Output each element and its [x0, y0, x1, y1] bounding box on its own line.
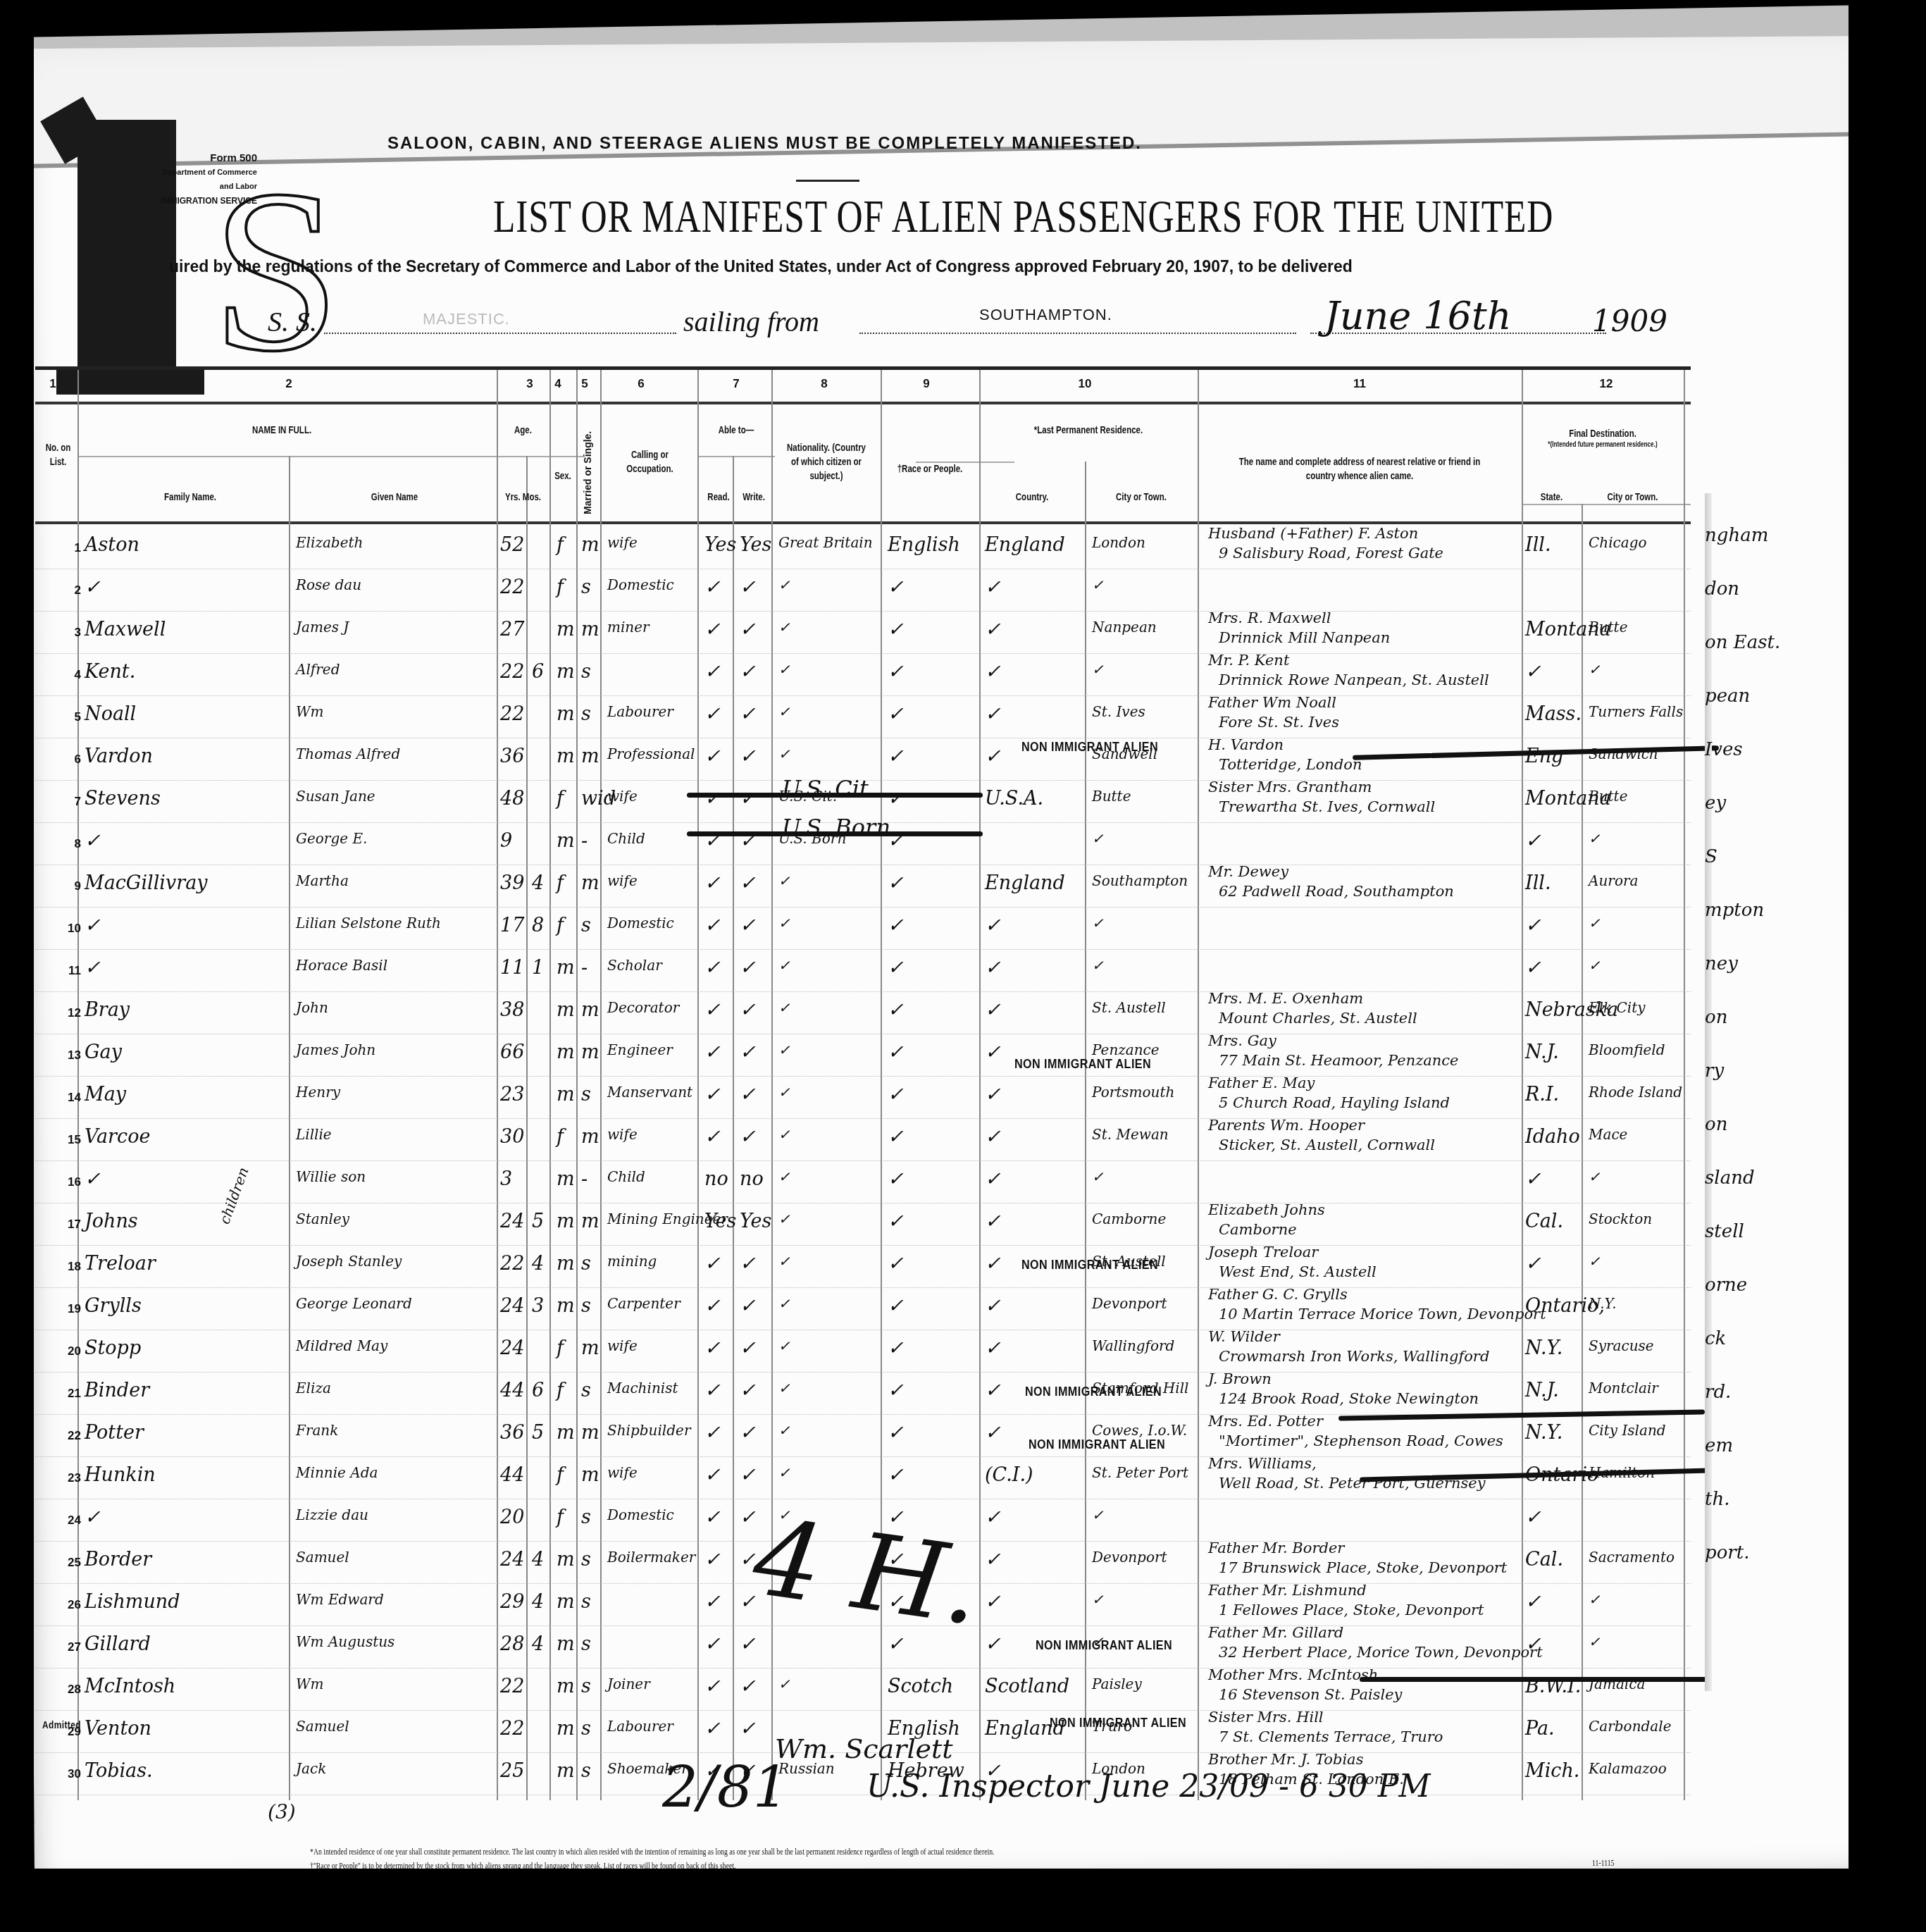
can-read: ✓ — [704, 1295, 721, 1317]
row-number: 24 — [39, 1513, 81, 1528]
race: ✓ — [888, 915, 904, 936]
can-write: ✓ — [740, 1676, 756, 1697]
dest-city: ✓ — [1589, 1168, 1601, 1185]
country: ✓ — [985, 1041, 1001, 1063]
relative-address: Sticker, St. Austell, Cornwall — [1219, 1136, 1435, 1154]
relative-address: Totteridge, London — [1219, 755, 1362, 774]
age-years: 29 — [500, 1591, 524, 1613]
relative-name: Mother Mrs. McIntosh — [1208, 1666, 1378, 1684]
can-read: ✓ — [704, 1676, 721, 1697]
footnote-residence: *An intended residence of one year shall… — [310, 1846, 994, 1857]
hdr-relative: The name and complete address of nearest… — [1233, 454, 1487, 483]
sex: m — [557, 745, 575, 767]
race: ✓ — [888, 999, 904, 1021]
given-name: Samuel — [296, 1549, 349, 1566]
sex: m — [557, 1718, 575, 1740]
country: England — [985, 872, 1065, 894]
given-name: Jack — [296, 1760, 326, 1777]
dest-city: ✓ — [1589, 830, 1601, 847]
passenger-row: 21BinderEliza446fsMachinist✓✓✓✓✓Stamford… — [35, 1374, 1691, 1415]
relative-name: Sister Mrs. Hill — [1208, 1708, 1324, 1726]
marital-status: s — [581, 703, 591, 725]
can-write: ✓ — [740, 1126, 756, 1148]
can-write: Yes — [740, 1210, 771, 1232]
nationality: ✓ — [778, 1422, 790, 1439]
margin-bleed-text: on — [1705, 1007, 1727, 1028]
inspector-name: Wm. Scarlett — [775, 1733, 953, 1764]
country: ✓ — [985, 1591, 1001, 1613]
age-months: 4 — [532, 1549, 544, 1571]
race: ✓ — [888, 788, 904, 810]
relative-name: Parents Wm. Hooper — [1208, 1116, 1365, 1134]
marital-status: m — [581, 1337, 599, 1359]
col-num-5: 5 — [581, 377, 588, 391]
given-name: John — [296, 999, 328, 1016]
relative-name: Elizabeth Johns — [1208, 1201, 1325, 1219]
family-name: Stopp — [85, 1337, 141, 1359]
margin-bleed-text: em — [1705, 1435, 1733, 1456]
relative-name: Mr. P. Kent — [1208, 651, 1289, 669]
given-name: James John — [296, 1041, 375, 1058]
nationality: ✓ — [778, 703, 790, 720]
residence-city: Portsmouth — [1092, 1084, 1174, 1101]
nationality: ✓ — [778, 1464, 790, 1481]
family-name: Gay — [85, 1041, 122, 1063]
relative-address: West End, St. Austell — [1219, 1263, 1377, 1281]
dest-city: Butte — [1589, 619, 1628, 636]
passenger-row: 11✓Horace Basil111m-Scholar✓✓✓✓✓✓✓✓ — [35, 951, 1691, 992]
col-num-4: 4 — [554, 377, 561, 391]
relative-address: 124 Brook Road, Stoke Newington — [1219, 1389, 1479, 1408]
occupation: Scholar — [607, 957, 662, 974]
country: ✓ — [985, 1633, 1001, 1655]
dest-state: ✓ — [1525, 1591, 1541, 1613]
occupation: wife — [607, 1337, 638, 1354]
family-name: Aston — [85, 534, 139, 556]
scan-border-right — [1849, 0, 1926, 1932]
given-name: Alfred — [296, 661, 340, 678]
can-write: ✓ — [740, 1506, 756, 1528]
department: Department of Commerce and Labor — [155, 166, 257, 194]
relative-name: Father G. C. Grylls — [1208, 1285, 1348, 1304]
dest-state: Mass. — [1525, 703, 1582, 725]
dest-city: ✓ — [1589, 661, 1601, 678]
country: U.S.A. — [985, 788, 1043, 810]
family-name: Noall — [85, 703, 136, 725]
dest-state: Eng — [1525, 745, 1563, 767]
given-name: Lizzie dau — [296, 1506, 368, 1523]
family-name: ✓ — [85, 957, 101, 979]
nationality: ✓ — [778, 1168, 790, 1185]
country: ✓ — [985, 745, 1001, 767]
non-immigrant-stamp: NON IMMIGRANT ALIEN — [1025, 1385, 1162, 1400]
country: ✓ — [985, 1380, 1001, 1401]
country: ✓ — [985, 1506, 1001, 1528]
race: ✓ — [888, 1422, 904, 1444]
hdr-last-residence: *Last Permanent Residence. — [999, 423, 1178, 437]
age-months: 6 — [532, 1380, 544, 1401]
age-months: 1 — [532, 957, 544, 979]
given-name: Wm Augustus — [296, 1633, 394, 1650]
non-immigrant-stamp: NON IMMIGRANT ALIEN — [1036, 1638, 1172, 1654]
given-name: Thomas Alfred — [296, 745, 400, 762]
residence-city: Cowes, I.o.W. — [1092, 1422, 1187, 1439]
family-name: May — [85, 1084, 126, 1106]
occupation: wife — [607, 788, 638, 805]
family-name: Treloar — [85, 1253, 156, 1275]
ship-line: S. S. MAJESTIC. sailing from SOUTHAMPTON… — [268, 296, 1677, 338]
header-rule — [35, 402, 1691, 404]
sex: m — [557, 1422, 575, 1444]
marital-status: s — [581, 1718, 591, 1740]
dest-state: N.J. — [1525, 1380, 1559, 1401]
relative-address: 7 St. Clements Terrace, Truro — [1219, 1728, 1443, 1746]
dest-state: ✓ — [1525, 957, 1541, 979]
hdr-family-name: Family Name. — [132, 490, 248, 504]
title-dash — [796, 180, 859, 182]
residence-city: Penzance — [1092, 1041, 1160, 1058]
row-number: 17 — [39, 1218, 81, 1232]
strike-line — [1360, 1677, 1712, 1682]
residence-city: St. Mewan — [1092, 1126, 1169, 1143]
sailing-year: 1909 — [1592, 304, 1667, 338]
can-write: ✓ — [740, 1380, 756, 1401]
sex: f — [557, 1464, 564, 1486]
hdr-name-in-full: NAME IN FULL. — [224, 423, 340, 437]
nationality: ✓ — [778, 872, 790, 889]
sailing-label: sailing from — [683, 305, 819, 338]
given-name: Eliza — [296, 1380, 331, 1397]
given-name: Wm Edward — [296, 1591, 384, 1608]
dest-city: Aurora — [1589, 872, 1638, 889]
can-write: ✓ — [740, 1295, 756, 1317]
page-title: LIST OR MANIFEST OF ALIEN PASSENGERS FOR… — [493, 190, 1553, 244]
non-immigrant-stamp: NON IMMIGRANT ALIEN — [1050, 1716, 1186, 1731]
relative-address: Drinnick Rowe Nanpean, St. Austell — [1219, 671, 1489, 689]
dest-city: N.Y. — [1589, 1295, 1617, 1312]
dest-city: Sacramento — [1589, 1549, 1675, 1566]
occupation: Machinist — [607, 1380, 678, 1397]
marital-status: m — [581, 1422, 599, 1444]
hdr-race: †Race or People. — [890, 462, 971, 476]
relative-address: 10 Martin Terrace Morice Town, Devonport — [1219, 1305, 1546, 1323]
signature-initials: 2/81 — [662, 1754, 789, 1820]
occupation: mining — [607, 1253, 657, 1270]
col-num-12: 12 — [1600, 377, 1613, 391]
hdr-sex: Sex. — [552, 469, 573, 483]
sex: m — [557, 619, 575, 640]
sex: f — [557, 872, 564, 894]
row-number: 11 — [39, 964, 81, 978]
residence-city: Southampton — [1092, 872, 1188, 889]
marital-status: s — [581, 1295, 591, 1317]
ss-label: S. S. — [268, 305, 317, 338]
given-name: Minnie Ada — [296, 1464, 378, 1481]
relative-name: Brother Mr. J. Tobias — [1208, 1750, 1363, 1769]
dest-state: N.Y. — [1525, 1337, 1562, 1359]
non-immigrant-stamp: NON IMMIGRANT ALIEN — [1021, 1258, 1158, 1273]
occupation: Engineer — [607, 1041, 673, 1058]
country: ✓ — [985, 1549, 1001, 1571]
can-read: ✓ — [704, 1422, 721, 1444]
relative-name: Father Mr. Lishmund — [1208, 1581, 1367, 1599]
occupation: Decorator — [607, 999, 679, 1016]
hdr-write: Write. — [740, 490, 769, 504]
marital-status: s — [581, 1633, 591, 1655]
marital-status: m — [581, 1464, 599, 1486]
relative-address: 32 Herbert Place, Morice Town, Devonport — [1219, 1643, 1543, 1661]
manifest-table: 1 2 3 4 5 6 7 8 9 10 11 12 No. on List. … — [35, 366, 1691, 1800]
non-immigrant-stamp: NON IMMIGRANT ALIEN — [1014, 1057, 1151, 1072]
margin-bleed-text: sland — [1705, 1168, 1755, 1189]
port-dots — [859, 333, 1296, 334]
marital-status: s — [581, 1380, 591, 1401]
given-name: Lillie — [296, 1126, 332, 1143]
row-number: 7 — [39, 795, 81, 809]
relative-address: Crowmarsh Iron Works, Wallingford — [1219, 1347, 1489, 1366]
sex: f — [557, 1506, 564, 1528]
race: ✓ — [888, 661, 904, 683]
nationality: ✓ — [778, 1380, 790, 1397]
race: ✓ — [888, 957, 904, 979]
dest-city: Stockton — [1589, 1210, 1652, 1227]
family-name: Border — [85, 1549, 151, 1571]
can-read: no — [704, 1168, 728, 1190]
marital-status: s — [581, 915, 591, 936]
dest-city: City Island — [1589, 1422, 1666, 1439]
given-name: Samuel — [296, 1718, 349, 1735]
dest-state: Ill. — [1525, 534, 1551, 556]
race: ✓ — [888, 576, 904, 598]
relative-name: Father E. May — [1208, 1074, 1315, 1092]
subtitle: uired by the regulations of the Secretar… — [169, 257, 1353, 276]
marital-status: s — [581, 1549, 591, 1571]
hdr-dest-city: City or Town. — [1591, 490, 1675, 504]
race: ✓ — [888, 703, 904, 725]
occupation: Boilermaker — [607, 1549, 695, 1566]
passenger-row: 13GayJames John66mmEngineer✓✓✓✓✓Penzance… — [35, 1036, 1691, 1077]
marital-status: m — [581, 872, 599, 894]
age-years: 36 — [500, 1422, 524, 1444]
margin-bleed-text: stell — [1705, 1221, 1744, 1242]
can-read: ✓ — [704, 661, 721, 683]
occupation: Professional — [607, 745, 695, 762]
nationality: ✓ — [778, 1210, 790, 1227]
can-write: ✓ — [740, 915, 756, 936]
sex: f — [557, 534, 564, 556]
relative-address: Drinnick Mill Nanpean — [1219, 628, 1390, 647]
age-years: 28 — [500, 1633, 524, 1655]
age-years: 24 — [500, 1295, 524, 1317]
dest-state: Mich. — [1525, 1760, 1579, 1782]
passenger-row: 3MaxwellJames J27mmminer✓✓✓✓✓NanpeanMont… — [35, 613, 1691, 654]
form-label: Form 500 Department of Commerce and Labo… — [155, 151, 257, 208]
relative-name: Mrs. Gay — [1208, 1032, 1276, 1050]
given-name: Horace Basil — [296, 957, 387, 974]
can-write: ✓ — [740, 1253, 756, 1275]
dest-state: N.J. — [1525, 1041, 1559, 1063]
country: ✓ — [985, 915, 1001, 936]
race: ✓ — [888, 1464, 904, 1486]
family-name: ✓ — [85, 1168, 101, 1190]
hdr-state: State. — [1527, 490, 1577, 504]
family-name: MacGillivray — [85, 872, 208, 894]
passenger-row: 5NoallWm22msLabourer✓✓✓✓✓St. IvesMass.Tu… — [35, 698, 1691, 738]
col-num-7: 7 — [733, 377, 739, 391]
marital-status: s — [581, 1760, 591, 1782]
dest-state: ✓ — [1525, 661, 1541, 683]
relative-name: Mrs. Ed. Potter — [1208, 1412, 1323, 1430]
country: ✓ — [985, 703, 1001, 725]
row-number: 6 — [39, 753, 81, 767]
family-name: Vardon — [85, 745, 153, 767]
hdr-age: Age. — [502, 423, 545, 437]
nationality: ✓ — [778, 661, 790, 678]
dest-city: ✓ — [1589, 957, 1601, 974]
marital-status: m — [581, 745, 599, 767]
marital-status: - — [581, 1168, 588, 1190]
sex: m — [557, 1168, 575, 1190]
margin-bleed-text: Ives — [1705, 739, 1743, 760]
dest-state: Idaho — [1525, 1126, 1580, 1148]
residence-city: Camborne — [1092, 1210, 1166, 1227]
row-number: 15 — [39, 1133, 81, 1147]
passenger-row: 14MayHenry23msManservant✓✓✓✓✓PortsmouthR… — [35, 1078, 1691, 1119]
age-years: 24 — [500, 1549, 524, 1571]
non-immigrant-stamp: NON IMMIGRANT ALIEN — [1021, 740, 1158, 755]
occupation: wife — [607, 872, 638, 889]
can-read: ✓ — [704, 1084, 721, 1106]
country: ✓ — [985, 1168, 1001, 1190]
margin-bleed-text: on East. — [1705, 632, 1780, 653]
us-born-note: U.S. Born — [782, 814, 890, 841]
can-write: ✓ — [740, 999, 756, 1021]
sex: f — [557, 915, 564, 936]
given-name: Elizabeth — [296, 534, 363, 551]
age-months: 4 — [532, 1253, 544, 1275]
col-num-10: 10 — [1079, 377, 1092, 391]
age-years: 3 — [500, 1168, 512, 1190]
residence-city: ✓ — [1092, 830, 1104, 847]
residence-city: St. Austell — [1092, 999, 1166, 1016]
can-read: ✓ — [704, 745, 721, 767]
age-years: 23 — [500, 1084, 524, 1106]
relative-address: 62 Padwell Road, Southampton — [1219, 882, 1454, 900]
passenger-row: 2✓Rose dau22fsDomestic✓✓✓✓✓✓ — [35, 571, 1691, 612]
marital-status: s — [581, 1591, 591, 1613]
banner-notice: SALOON, CABIN, AND STEERAGE ALIENS MUST … — [387, 134, 1142, 154]
row-number: 23 — [39, 1471, 81, 1485]
relative-address: 77 Main St. Heamoor, Penzance — [1219, 1051, 1459, 1070]
can-read: ✓ — [704, 788, 721, 810]
given-name: Lilian Selstone Ruth — [296, 915, 441, 931]
row-number: 27 — [39, 1640, 81, 1654]
family-name: Gillard — [85, 1633, 151, 1655]
nationality: ✓ — [778, 1295, 790, 1312]
dest-city: Bloomfield — [1589, 1041, 1665, 1058]
hdr-able-to: Able to— — [707, 423, 765, 437]
family-name: Kent. — [85, 661, 135, 683]
col-num-3: 3 — [526, 377, 533, 391]
row-number: 4 — [39, 668, 81, 682]
dest-city: Mace — [1589, 1126, 1627, 1143]
country: ✓ — [985, 999, 1001, 1021]
relative-name: J. Brown — [1208, 1370, 1272, 1388]
nationality: ✓ — [778, 1041, 790, 1058]
relative-address: Fore St. St. Ives — [1219, 713, 1339, 731]
dest-state: Pa. — [1525, 1718, 1555, 1740]
nationality: ✓ — [778, 745, 790, 762]
sex: m — [557, 661, 575, 683]
occupation: Labourer — [607, 1718, 673, 1735]
age-years: 27 — [500, 619, 524, 640]
country: England — [985, 534, 1065, 556]
occupation: Shipbuilder — [607, 1422, 690, 1439]
dest-city: Rhode Island — [1589, 1084, 1682, 1101]
family-name: ✓ — [85, 576, 101, 598]
age-years: 24 — [500, 1337, 524, 1359]
row-number: 21 — [39, 1387, 81, 1401]
nationality: ✓ — [778, 1337, 790, 1354]
relative-name: Mr. Dewey — [1208, 862, 1288, 881]
row-number: 2 — [39, 583, 81, 597]
header-bottom-rule — [35, 521, 1691, 524]
sex: m — [557, 1084, 575, 1106]
sex: m — [557, 1633, 575, 1655]
circle-mark: (3) — [268, 1800, 296, 1823]
passenger-row: 20StoppMildred May24fmwife✓✓✓✓✓Wallingfo… — [35, 1332, 1691, 1373]
dest-city: Syracuse — [1589, 1337, 1654, 1354]
can-write: ✓ — [740, 1084, 756, 1106]
country: ✓ — [985, 619, 1001, 640]
can-read: ✓ — [704, 1126, 721, 1148]
given-name: Stanley — [296, 1210, 349, 1227]
race: ✓ — [888, 1084, 904, 1106]
race: ✓ — [888, 1253, 904, 1275]
given-name: Mildred May — [296, 1337, 387, 1354]
age-years: 66 — [500, 1041, 524, 1063]
relative-name: Father Wm Noall — [1208, 693, 1336, 712]
sex: m — [557, 1253, 575, 1275]
margin-bleed-text: ey — [1705, 793, 1726, 814]
can-read: ✓ — [704, 1633, 721, 1655]
nationality: ✓ — [778, 576, 790, 593]
row-number: 30 — [39, 1767, 81, 1781]
can-write: ✓ — [740, 1464, 756, 1486]
relative-address: 16 Stevenson St. Paisley — [1219, 1685, 1402, 1704]
hdr-married-single: Married or Single. — [582, 431, 593, 514]
dest-state: R.I. — [1525, 1084, 1559, 1106]
row-number: 26 — [39, 1598, 81, 1612]
can-read: ✓ — [704, 1464, 721, 1486]
dest-city: ✓ — [1589, 1633, 1601, 1650]
given-name: Wm — [296, 1676, 324, 1692]
nationality: ✓ — [778, 1084, 790, 1101]
dest-state: ✓ — [1525, 1168, 1541, 1190]
hdr-city: City or Town. — [1095, 490, 1187, 504]
passenger-row: 12BrayJohn38mmDecorator✓✓✓✓✓St. AustellN… — [35, 993, 1691, 1034]
relative-name: H. Vardon — [1208, 736, 1284, 754]
row-number: 3 — [39, 626, 81, 640]
age-years: 22 — [500, 703, 524, 725]
row-number: 12 — [39, 1006, 81, 1020]
residence-city: ✓ — [1092, 661, 1104, 678]
hdr-yrs-mos: Yrs. Mos. — [502, 490, 545, 504]
family-name: ✓ — [85, 1506, 101, 1528]
row-number: 1 — [39, 541, 81, 555]
residence-city: Paisley — [1092, 1676, 1142, 1692]
relative-name: Mrs. Williams, — [1208, 1454, 1317, 1473]
